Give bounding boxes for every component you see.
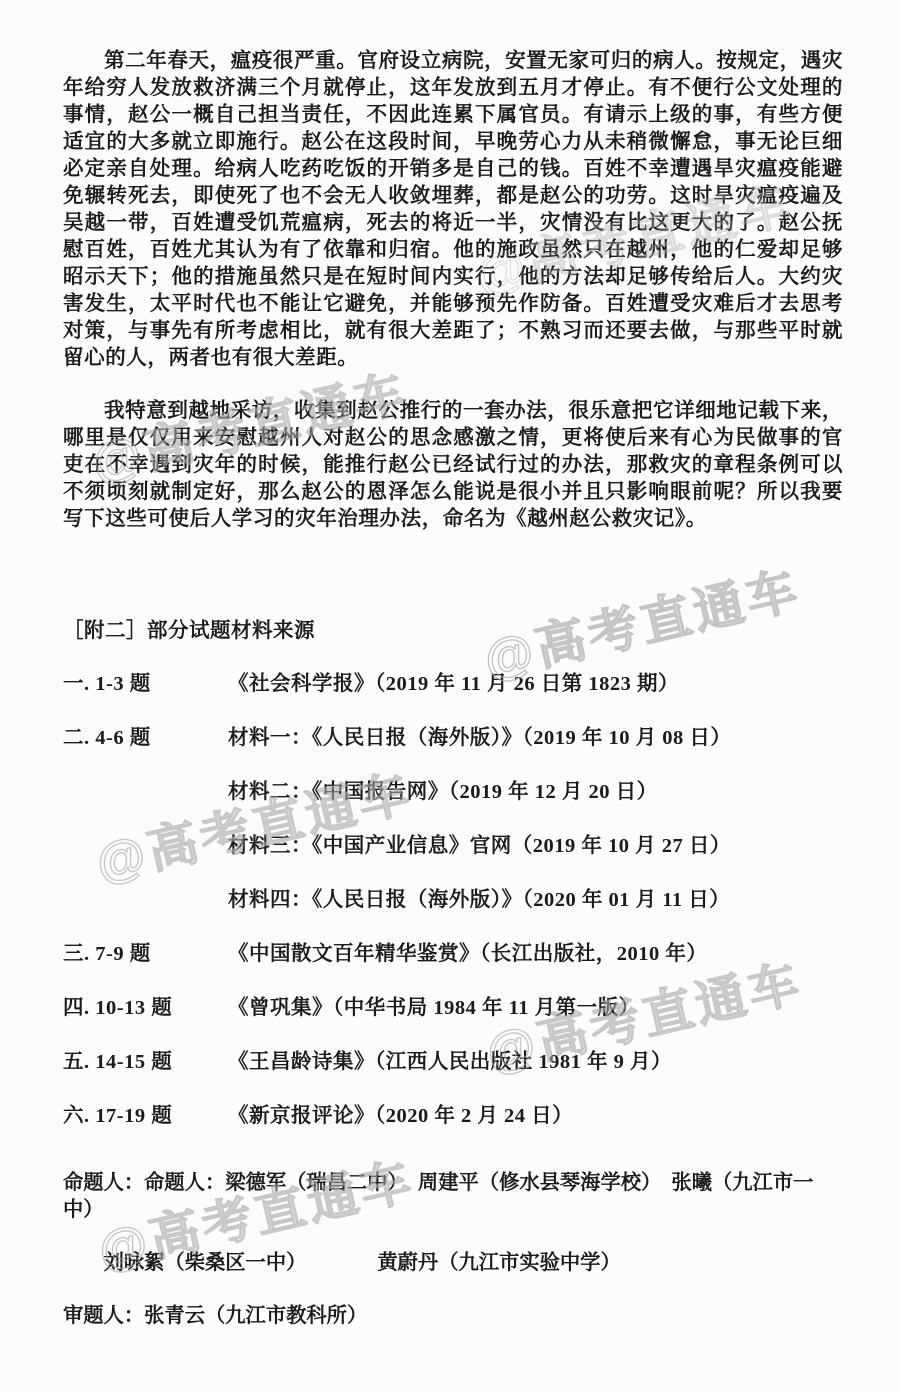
source-item-text: 《中国散文百年精华鉴赏》（长江出版社，2010 年） [228, 941, 707, 968]
source-item: 四. 10-13 题 《曾巩集》（中华书局 1984 年 11 月第一版） [63, 995, 843, 1022]
source-item-number: 六. 17-19 题 [63, 1103, 228, 1130]
source-item: 六. 17-19 题 《新京报评论》（2020 年 2 月 24 日） [63, 1103, 843, 1130]
credits-setters-line-wrap: 中） [63, 1197, 843, 1224]
credits-reviewer-line: 审题人：张青云（九江市教科所） [63, 1303, 843, 1330]
source-item-text: 《社会科学报》（2019 年 11 月 26 日第 1823 期） [228, 671, 679, 698]
source-item-text: 材料三：《中国产业信息》官网（2019 年 10 月 27 日） [228, 833, 731, 860]
source-item: 材料三：《中国产业信息》官网（2019 年 10 月 27 日） [63, 833, 843, 860]
translation-paragraph-2: 我特意到越地采访，收集到赵公推行的一套办法，很乐意把它详细地记载下来，哪里是仅仅… [63, 398, 843, 533]
source-item-text: 材料四：《人民日报（海外版）》（2020 年 01 月 11 日） [228, 887, 730, 914]
source-item-number: 三. 7-9 题 [63, 941, 228, 968]
source-item-number: 四. 10-13 题 [63, 995, 228, 1022]
source-list: 一. 1-3 题 《社会科学报》（2019 年 11 月 26 日第 1823 … [63, 671, 843, 1130]
source-item-text: 《王昌龄诗集》（江西人民出版社 1981 年 9 月） [228, 1049, 672, 1076]
source-item-number [63, 779, 228, 806]
appendix-heading: ［附二］部分试题材料来源 [63, 618, 843, 645]
document-content: 第二年春天，瘟疫很严重。官府设立病院，安置无家可归的病人。按规定，遇灾年给穷人发… [0, 0, 900, 1330]
source-item-number: 一. 1-3 题 [63, 671, 228, 698]
source-item: 二. 4-6 题 材料一：《人民日报（海外版）》（2019 年 10 月 08 … [63, 725, 843, 752]
source-item: 五. 14-15 题 《王昌龄诗集》（江西人民出版社 1981 年 9 月） [63, 1049, 843, 1076]
source-item-number: 五. 14-15 题 [63, 1049, 228, 1076]
source-item-text: 《新京报评论》（2020 年 2 月 24 日） [228, 1103, 573, 1130]
source-item-number: 二. 4-6 题 [63, 725, 228, 752]
document-page: @高考直通车 @高考直通车 @高考直通车 @高考直通车 @高考直通车 @高考直通… [0, 0, 900, 1392]
source-item-number [63, 887, 228, 914]
source-item-text: 材料二：《中国报告网》（2019 年 12 月 20 日） [228, 779, 658, 806]
source-item-text: 《曾巩集》（中华书局 1984 年 11 月第一版） [228, 995, 640, 1022]
source-item-number [63, 833, 228, 860]
credits-setters-line: 命题人：命题人：梁德军（瑞昌二中） 周建平（修水县琴海学校） 张曦（九江市一 [63, 1170, 843, 1197]
source-item: 三. 7-9 题 《中国散文百年精华鉴赏》（长江出版社，2010 年） [63, 941, 843, 968]
source-item: 一. 1-3 题 《社会科学报》（2019 年 11 月 26 日第 1823 … [63, 671, 843, 698]
source-item: 材料二：《中国报告网》（2019 年 12 月 20 日） [63, 779, 843, 806]
translation-paragraph-1: 第二年春天，瘟疫很严重。官府设立病院，安置无家可归的病人。按规定，遇灾年给穷人发… [63, 48, 843, 372]
credits-block: 命题人：命题人：梁德军（瑞昌二中） 周建平（修水县琴海学校） 张曦（九江市一 中… [63, 1170, 843, 1330]
source-item: 材料四：《人民日报（海外版）》（2020 年 01 月 11 日） [63, 887, 843, 914]
credits-setters-line-2: 刘咏絮（柴桑区一中） 黄蔚丹（九江市实验中学） [63, 1250, 843, 1277]
source-item-text: 材料一：《人民日报（海外版）》（2019 年 10 月 08 日） [228, 725, 731, 752]
